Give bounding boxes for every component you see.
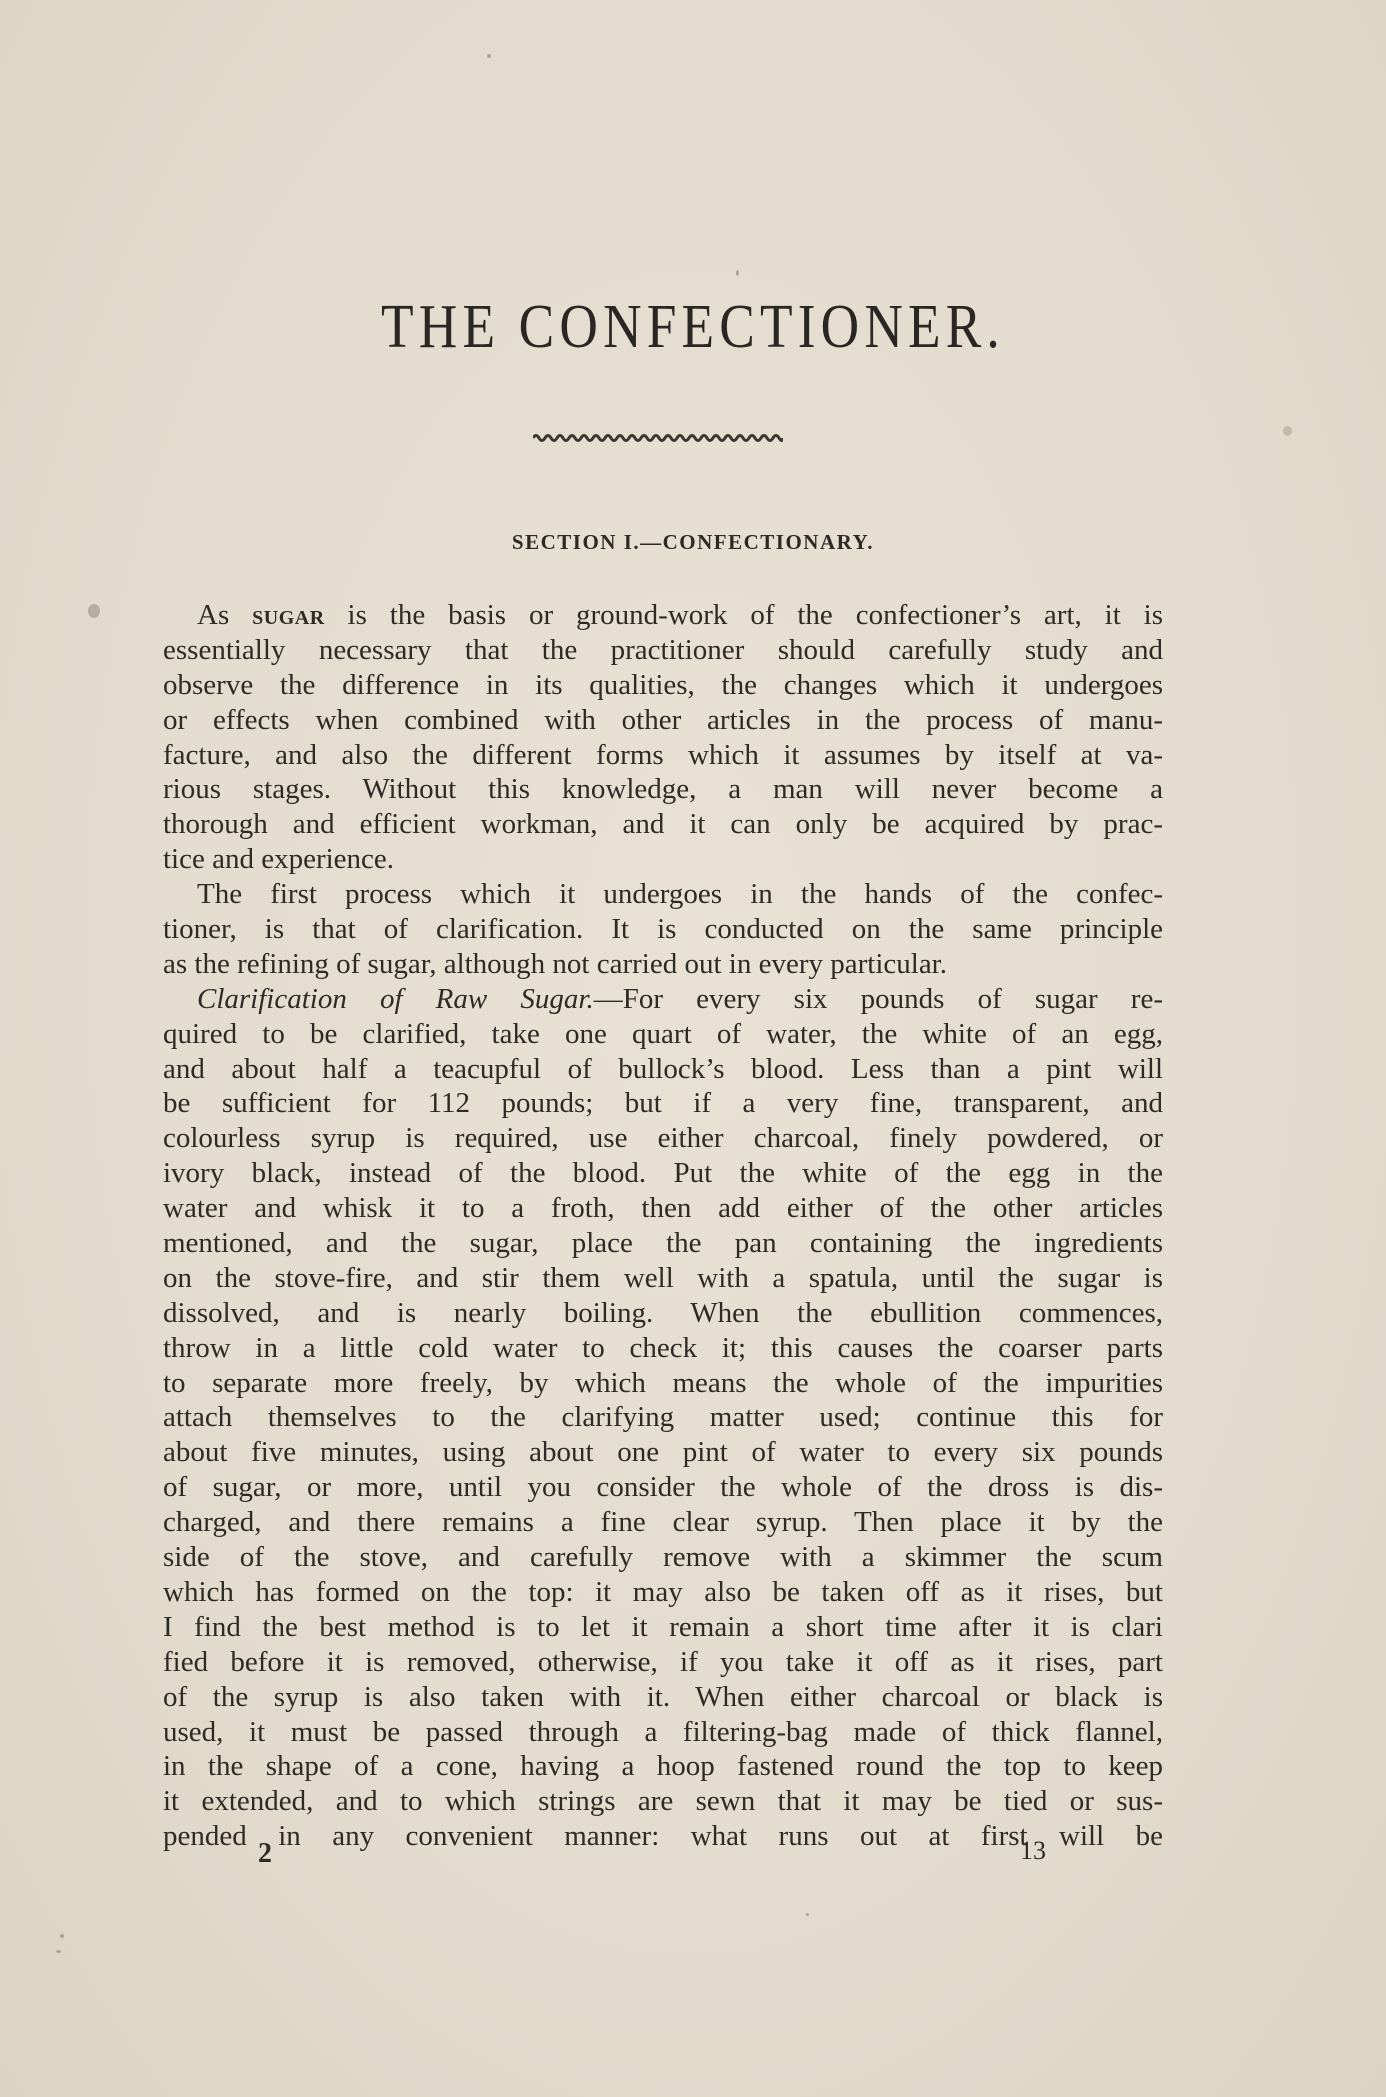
paper-speck [487,54,491,58]
text-line: about five minutes, using about one pint… [163,1435,1163,1470]
text-line: of sugar, or more, until you consider th… [163,1470,1163,1505]
text-line: observe the difference in its qualities,… [163,668,1163,703]
chapter-title: THE CONFECTIONER. [97,292,1289,363]
text-line: to separate more freely, by which means … [163,1366,1163,1401]
text-line: dissolved, and is nearly boiling. When t… [163,1296,1163,1331]
text-line: rious stages. Without this knowledge, a … [163,772,1163,807]
text-line: of the syrup is also taken with it. When… [163,1680,1163,1715]
subheading-italic: Clarification of Raw Sugar. [197,983,594,1015]
text-line: in the shape of a cone, having a hoop fa… [163,1749,1163,1784]
text-line: it extended, and to which strings are se… [163,1784,1163,1819]
text-line: As sugar is the basis or ground-work of … [163,598,1163,633]
text-line: used, it must be passed through a filter… [163,1715,1163,1750]
text-line: fied before it is removed, otherwise, if… [163,1645,1163,1680]
text-line: The first process which it undergoes in … [163,877,1163,912]
text-line: charged, and there remains a fine clear … [163,1505,1163,1540]
text-line: quired to be clarified, take one quart o… [163,1017,1163,1052]
paper-speck [736,270,739,276]
text-line: on the stove-fire, and stir them well wi… [163,1261,1163,1296]
text-line: attach themselves to the clarifying matt… [163,1400,1163,1435]
text-line: and about half a teacupful of bullock’s … [163,1052,1163,1087]
page-number: 13 [1020,1836,1046,1866]
text-line: mentioned, and the sugar, place the pan … [163,1226,1163,1261]
text-line: be sufficient for 112 pounds; but if a v… [163,1086,1163,1121]
paper-speck [806,1913,809,1916]
book-page: THE CONFECTIONER. SECTION I.—CONFECTIONA… [0,0,1386,2097]
paper-speck [56,1950,61,1953]
text-line: ivory black, instead of the blood. Put t… [163,1156,1163,1191]
wavy-rule-ornament [533,432,783,444]
text-line: Clarification of Raw Sugar.—For every si… [163,982,1163,1017]
text-line: tice and experience. [163,842,1163,877]
text-line: throw in a little cold water to check it… [163,1331,1163,1366]
small-caps-term: sugar [252,599,325,631]
body-text: As sugar is the basis or ground-work of … [163,598,1163,1854]
text-line: facture, and also the different forms wh… [163,738,1163,773]
text-line: tioner, is that of clarification. It is … [163,912,1163,947]
signature-mark: 2 [258,1838,272,1870]
text-line: colourless syrup is required, use either… [163,1121,1163,1156]
text-line: side of the stove, and carefully remove … [163,1540,1163,1575]
paper-speck [60,1934,64,1938]
text-line: thorough and efficient workman, and it c… [163,807,1163,842]
paper-speck [88,604,100,618]
section-heading: SECTION I.—CONFECTIONARY. [0,530,1386,555]
paper-speck [1283,426,1292,436]
text-line: or effects when combined with other arti… [163,703,1163,738]
text-line: as the refining of sugar, although not c… [163,947,1163,982]
text-line: which has formed on the top: it may also… [163,1575,1163,1610]
text-line: essentially necessary that the practitio… [163,633,1163,668]
text-line: water and whisk it to a froth, then add … [163,1191,1163,1226]
text-line: I find the best method is to let it rema… [163,1610,1163,1645]
text-line: pended in any convenient manner: what ru… [163,1819,1163,1854]
